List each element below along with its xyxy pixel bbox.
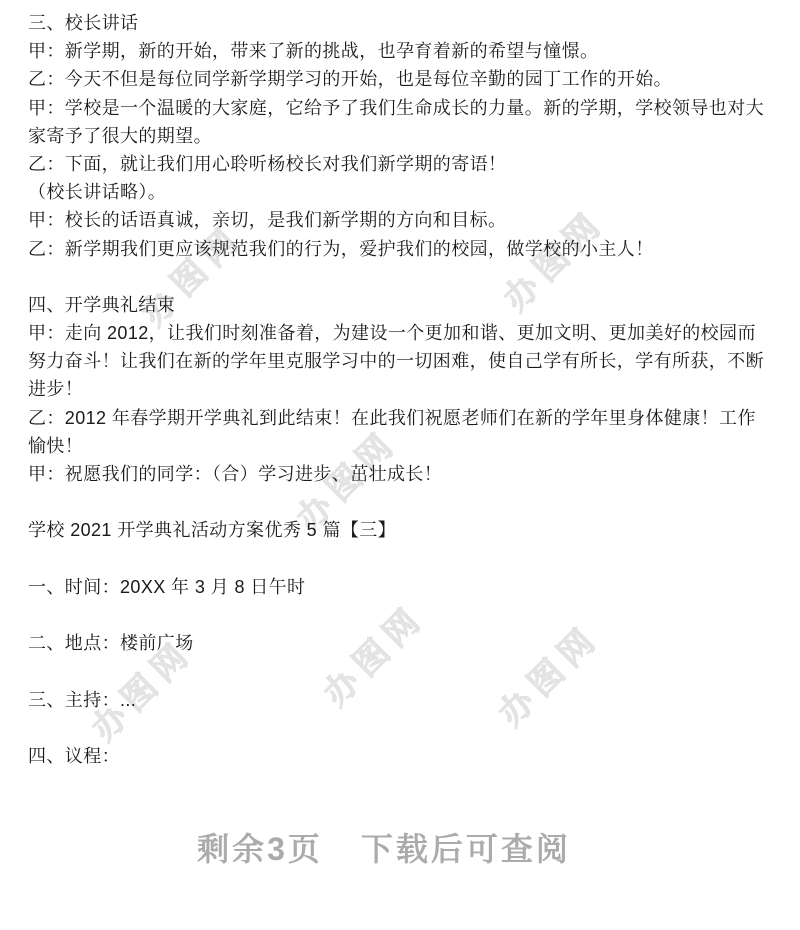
text-line: 四、议程： bbox=[28, 742, 776, 770]
footer-notice: 剩余3页下载后可查阅 bbox=[0, 828, 800, 870]
text-line bbox=[28, 488, 776, 516]
text-line: 三、主持：... bbox=[28, 686, 776, 714]
text-line: 甲：祝愿我们的同学：（合）学习进步、茁壮成长！ bbox=[28, 460, 776, 488]
text-line: 学校 2021 开学典礼活动方案优秀 5 篇【三】 bbox=[28, 516, 776, 544]
document-page: 办图网办图网办图网办图网办图网办图网 三、校长讲话甲：新学期，新的开始，带来了新… bbox=[0, 0, 800, 930]
text-line bbox=[28, 657, 776, 685]
text-line: 乙：2012 年春学期开学典礼到此结束！在此我们祝愿老师们在新的学年里身体健康！… bbox=[28, 404, 776, 432]
text-line: 甲：新学期，新的开始，带来了新的挑战，也孕育着新的希望与憧憬。 bbox=[28, 37, 776, 65]
text-line: 四、开学典礼结束 bbox=[28, 291, 776, 319]
text-line bbox=[28, 545, 776, 573]
document-text: 三、校长讲话甲：新学期，新的开始，带来了新的挑战，也孕育着新的希望与憧憬。乙：今… bbox=[28, 9, 776, 770]
text-line: 三、校长讲话 bbox=[28, 9, 776, 37]
text-line bbox=[28, 714, 776, 742]
text-line: 愉快！ bbox=[28, 432, 776, 460]
pages-remaining-label: 剩余3页 bbox=[197, 831, 323, 867]
footer-notice-inner: 剩余3页下载后可查阅 bbox=[197, 828, 571, 870]
text-line: 乙：新学期我们更应该规范我们的行为，爱护我们的校园，做学校的小主人！ bbox=[28, 235, 776, 263]
text-line: 一、时间：20XX 年 3 月 8 日午时 bbox=[28, 573, 776, 601]
text-line bbox=[28, 263, 776, 291]
text-line: 乙：今天不但是每位同学新学期学习的开始，也是每位辛勤的园丁工作的开始。 bbox=[28, 65, 776, 93]
text-line: 甲：走向 2012，让我们时刻准备着，为建设一个更加和谐、更加文明、更加美好的校… bbox=[28, 319, 776, 347]
text-line: 二、地点：楼前广场 bbox=[28, 629, 776, 657]
text-line: 进步！ bbox=[28, 375, 776, 403]
text-line bbox=[28, 601, 776, 629]
text-line: 甲：学校是一个温暖的大家庭，它给予了我们生命成长的力量。新的学期，学校领导也对大 bbox=[28, 94, 776, 122]
download-hint-label: 下载后可查阅 bbox=[361, 831, 571, 867]
text-line: 乙：下面，就让我们用心聆听杨校长对我们新学期的寄语！ bbox=[28, 150, 776, 178]
text-line: 甲：校长的话语真诚，亲切，是我们新学期的方向和目标。 bbox=[28, 206, 776, 234]
text-line: 努力奋斗！让我们在新的学年里克服学习中的一切困难，使自己学有所长，学有所获，不断 bbox=[28, 347, 776, 375]
text-line: 家寄予了很大的期望。 bbox=[28, 122, 776, 150]
text-line: （校长讲话略）。 bbox=[28, 178, 776, 206]
